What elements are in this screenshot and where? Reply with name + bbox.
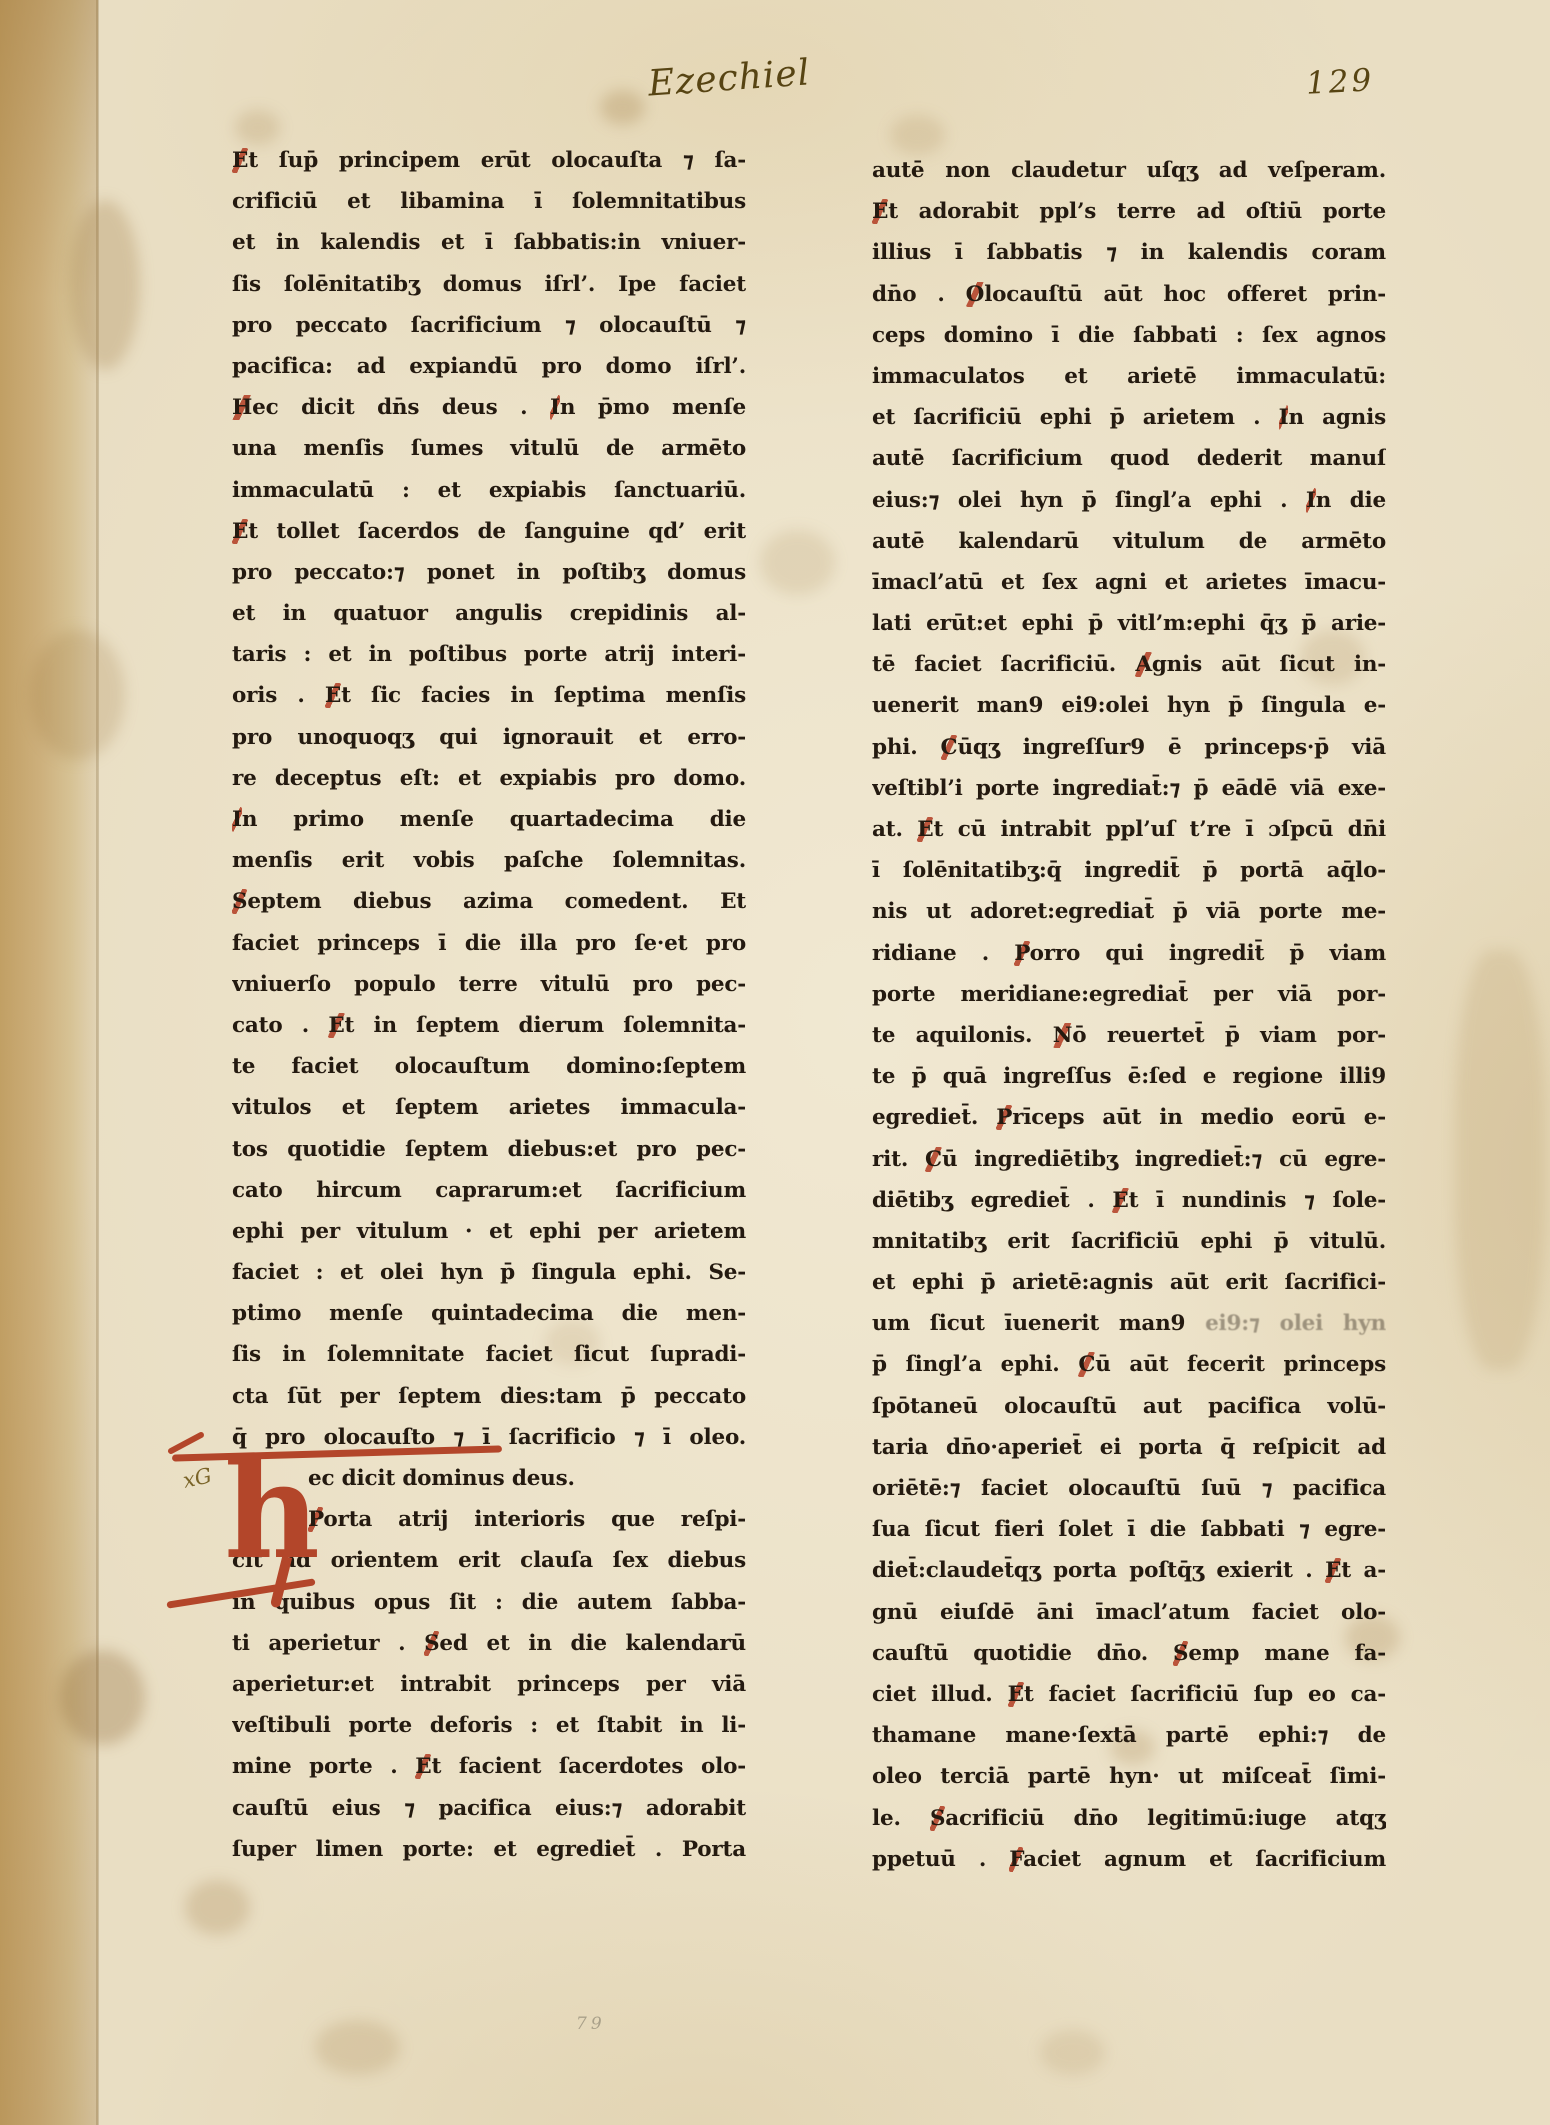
right-column-line-32: taria dn̄o·aperiet̄ ei porta q̄ reſpicit…	[872, 1427, 1386, 1468]
right-column-line-2: Et adorabit ppl’s terre ad oſtiū porte	[872, 191, 1386, 232]
left-column-line-26: cato hircum caprarum:et ſacrificium	[232, 1170, 746, 1211]
illuminated-initial-H: h	[218, 1438, 328, 1608]
left-column-line-27: ephi per vitulum · et ephi per arietem	[232, 1211, 746, 1252]
right-column-line-41: le. Sacrificiū dn̄o legitimū:iuge atqʒ	[872, 1798, 1386, 1839]
binding-edge-line	[96, 0, 99, 2125]
stain	[600, 90, 645, 125]
left-column-line-30: ſis in ſolemnitate faciet ſicut ſupradi-	[232, 1334, 746, 1375]
pencil-mark: 79	[576, 2014, 606, 2034]
right-column-line-23: te p̄ quā ingreſſus ē:ſed e regione illi…	[872, 1056, 1386, 1097]
manuscript-page: Ezechiel 129 xG 79 h Et ſup̄ principem e…	[0, 0, 1550, 2125]
margin-mark: xG	[181, 1463, 214, 1492]
left-column-line-14: oris . Et ſic facies in ſeptima menſis	[232, 675, 746, 716]
left-column-line-24: vitulos et ſeptem arietes immacula-	[232, 1087, 746, 1128]
right-column-line-25: rit. Cū ingrediētibʒ ingrediet̄:⁊ cū egr…	[872, 1139, 1386, 1180]
left-column-line-23: te faciet olocauſtum domino:ſeptem	[232, 1046, 746, 1087]
right-column-line-34: ſua ſicut fieri ſolet ī die ſabbati ⁊ eg…	[872, 1509, 1386, 1550]
left-column-line-20: faciet princeps ī die illa pro ſe·et pro	[232, 923, 746, 964]
right-column-line-19: nis ut adoret:egrediat̄ p̄ viā porte me-	[872, 891, 1386, 932]
left-column-line-3: et in kalendis et ī ſabbatis:in vniuer-	[232, 222, 746, 263]
right-column-line-20: ridiane . Porro qui ingredit̄ p̄ viam	[872, 933, 1386, 974]
right-column-line-40: oleo terciā partē hyn· ut miſceat̄ ſimi-	[872, 1756, 1386, 1797]
header-title: Ezechiel	[647, 52, 812, 104]
left-column-line-13: taris : et in poſtibus porte atrij inter…	[232, 634, 746, 675]
left-column-line-37: ti aperietur . Sed et in die kalendarū	[232, 1623, 746, 1664]
left-column-line-31: cta ſūt per ſeptem dies:tam p̄ peccato	[232, 1376, 746, 1417]
binding-edge	[0, 0, 98, 2125]
left-column-line-28: faciet : et olei hyn p̄ ſingula ephi. Se…	[232, 1252, 746, 1293]
initial-flourish-tip	[167, 1431, 205, 1455]
stain	[315, 2020, 400, 2075]
right-column-line-29: um ſicut īuenerit man9 ei9:⁊ olei hyn	[872, 1303, 1386, 1344]
left-column-line-38: aperietur:et intrabit princeps per viā	[232, 1664, 746, 1705]
stain	[185, 1880, 250, 1935]
left-column-line-6: pacifica: ad expiandū pro domo iſrl’.	[232, 346, 746, 387]
right-column-line-26: diētibʒ egrediet̄ . Et ī nundinis ⁊ ſole…	[872, 1180, 1386, 1221]
right-column-line-11: īmacl’atū et ſex agni et arietes īmacu-	[872, 562, 1386, 603]
right-column-line-31: ſpōtaneū olocauſtū aut pacifica volū-	[872, 1386, 1386, 1427]
left-column-line-5: pro peccato ſacrificium ⁊ olocauſtū ⁊	[232, 305, 746, 346]
page-number: 129	[1305, 62, 1375, 102]
left-column-line-9: immaculatū : et expiabis ſanctuariū.	[232, 470, 746, 511]
left-column-line-8: una menſis ſumes vitulū de armēto	[232, 428, 746, 469]
right-column-line-5: ceps domino ī die ſabbati : ſex agnos	[872, 315, 1386, 356]
column-right: autē non claudetur uſqʒ ad veſperam.Et a…	[872, 150, 1386, 1880]
right-column-line-3: illius ī ſabbatis ⁊ in kalendis coram	[872, 232, 1386, 273]
right-column-line-10: autē kalendarū vitulum de armēto	[872, 521, 1386, 562]
right-column-line-13: tē faciet ſacrificiū. Agnis aūt ſicut in…	[872, 644, 1386, 685]
right-column-line-9: eius:⁊ olei hyn p̄ ſingl’a ephi . In die	[872, 480, 1386, 521]
right-column-line-24: egrediet̄. Prīceps aūt in medio eorū e-	[872, 1097, 1386, 1138]
stain	[890, 115, 945, 155]
left-column-line-41: cauſtū eius ⁊ pacifica eius:⁊ adorabit	[232, 1788, 746, 1829]
left-column-line-39: veſtibuli porte deforis : et ſtabit in l…	[232, 1705, 746, 1746]
left-column-line-16: re deceptus eſt: et expiabis pro domo.	[232, 758, 746, 799]
right-column-line-8: autē ſacrificium quod dederit manuſ	[872, 438, 1386, 479]
right-column-line-36: gnū eiuſdē āni īmacl’atum faciet olo-	[872, 1592, 1386, 1633]
right-column-line-18: ī ſolēnitatibʒ:q̄ ingredit̄ p̄ portā aq̄…	[872, 850, 1386, 891]
right-column-line-30: p̄ ſingl’a ephi. Cū aūt fecerit princeps	[872, 1344, 1386, 1385]
right-column-line-1: autē non claudetur uſqʒ ad veſperam.	[872, 150, 1386, 191]
left-column-line-29: ptimo menſe quintadecima die men-	[232, 1293, 746, 1334]
right-column-line-38: ciet illud. Et faciet ſacrificiū ſup eo …	[872, 1674, 1386, 1715]
initial-letter: h	[224, 1446, 320, 1578]
right-column-line-14: uenerit man9 ei9:olei hyn p̄ ſingula e-	[872, 685, 1386, 726]
right-column-line-28: et ephi p̄ arietē:agnis aūt erit ſacrifi…	[872, 1262, 1386, 1303]
left-column-line-25: tos quotidie ſeptem diebus:et pro pec-	[232, 1129, 746, 1170]
right-column-line-16: veſtibl’i porte ingrediat̄:⁊ p̄ eādē viā…	[872, 768, 1386, 809]
right-column-line-4: dn̄o . Olocauſtū aūt hoc offeret prin-	[872, 274, 1386, 315]
left-column-line-15: pro unoquoqʒ qui ignorauit et erro-	[232, 717, 746, 758]
stain	[760, 530, 835, 595]
left-column-line-40: mine porte . Et facient ſacerdotes olo-	[232, 1746, 746, 1787]
right-column-line-12: lati erūt:et ephi p̄ vitl’m:ephi q̄ʒ p̄ …	[872, 603, 1386, 644]
right-column-line-42: ppetuū . Faciet agnum et ſacrificium	[872, 1839, 1386, 1880]
left-column-line-12: et in quatuor angulis crepidinis al-	[232, 593, 746, 634]
left-column-line-4: ſis ſolēnitatibʒ domus iſrl’. Ipe faciet	[232, 264, 746, 305]
column-left: h Et ſup̄ principem erūt olocauſta ⁊ ſa-…	[232, 140, 746, 1870]
right-column-line-39: thamane mane·ſextā partē ephi:⁊ de	[872, 1715, 1386, 1756]
stain	[1455, 950, 1545, 1370]
left-column-line-2: crificiū et libamina ī ſolemnitatibus	[232, 181, 746, 222]
left-column-line-7: Hec dicit dn̄s deus . In p̄mo menſe	[232, 387, 746, 428]
right-column-line-17: at. Et cū intrabit ppl’uſ t’re ī ɔſpcū d…	[872, 809, 1386, 850]
left-column-line-22: cato . Et in ſeptem dierum ſolemnita-	[232, 1005, 746, 1046]
left-column-line-18: menſis erit vobis paſche ſolemnitas.	[232, 840, 746, 881]
left-column-line-10: Et tollet ſacerdos de ſanguine qd’ erit	[232, 511, 746, 552]
left-column-line-1: Et ſup̄ principem erūt olocauſta ⁊ ſa-	[232, 140, 746, 181]
left-column-line-21: vniuerſo populo terre vitulū pro pec-	[232, 964, 746, 1005]
left-column-line-19: Septem diebus azima comedent. Et	[232, 881, 746, 922]
left-column-line-11: pro peccato:⁊ ponet in poſtibʒ domus	[232, 552, 746, 593]
right-column-line-15: phi. Cūqʒ ingreſſur9 ē princeps·p̄ viā	[872, 727, 1386, 768]
right-column-line-27: mnitatibʒ erit ſacrificiū ephi p̄ vitulū…	[872, 1221, 1386, 1262]
right-column-line-22: te aquilonis. Nō reuertet̄ p̄ viam por-	[872, 1015, 1386, 1056]
stain	[1040, 2030, 1105, 2075]
right-column-line-33: oriētē:⁊ faciet olocauſtū ſuū ⁊ pacifica	[872, 1468, 1386, 1509]
left-column-line-17: In primo menſe quartadecima die	[232, 799, 746, 840]
right-column-line-6: immaculatos et arietē immaculatū:	[872, 356, 1386, 397]
right-column-line-37: cauſtū quotidie dn̄o. Semp mane fa-	[872, 1633, 1386, 1674]
left-column-line-42: ſuper limen porte: et egrediet̄ . Porta	[232, 1829, 746, 1870]
right-column-line-35: diet̄:claudet̄qʒ porta poſtq̄ʒ exierit .…	[872, 1550, 1386, 1591]
right-column-line-21: porte meridiane:egrediat̄ per viā por-	[872, 974, 1386, 1015]
right-column-line-7: et ſacrificiū ephi p̄ arietem . In agnis	[872, 397, 1386, 438]
